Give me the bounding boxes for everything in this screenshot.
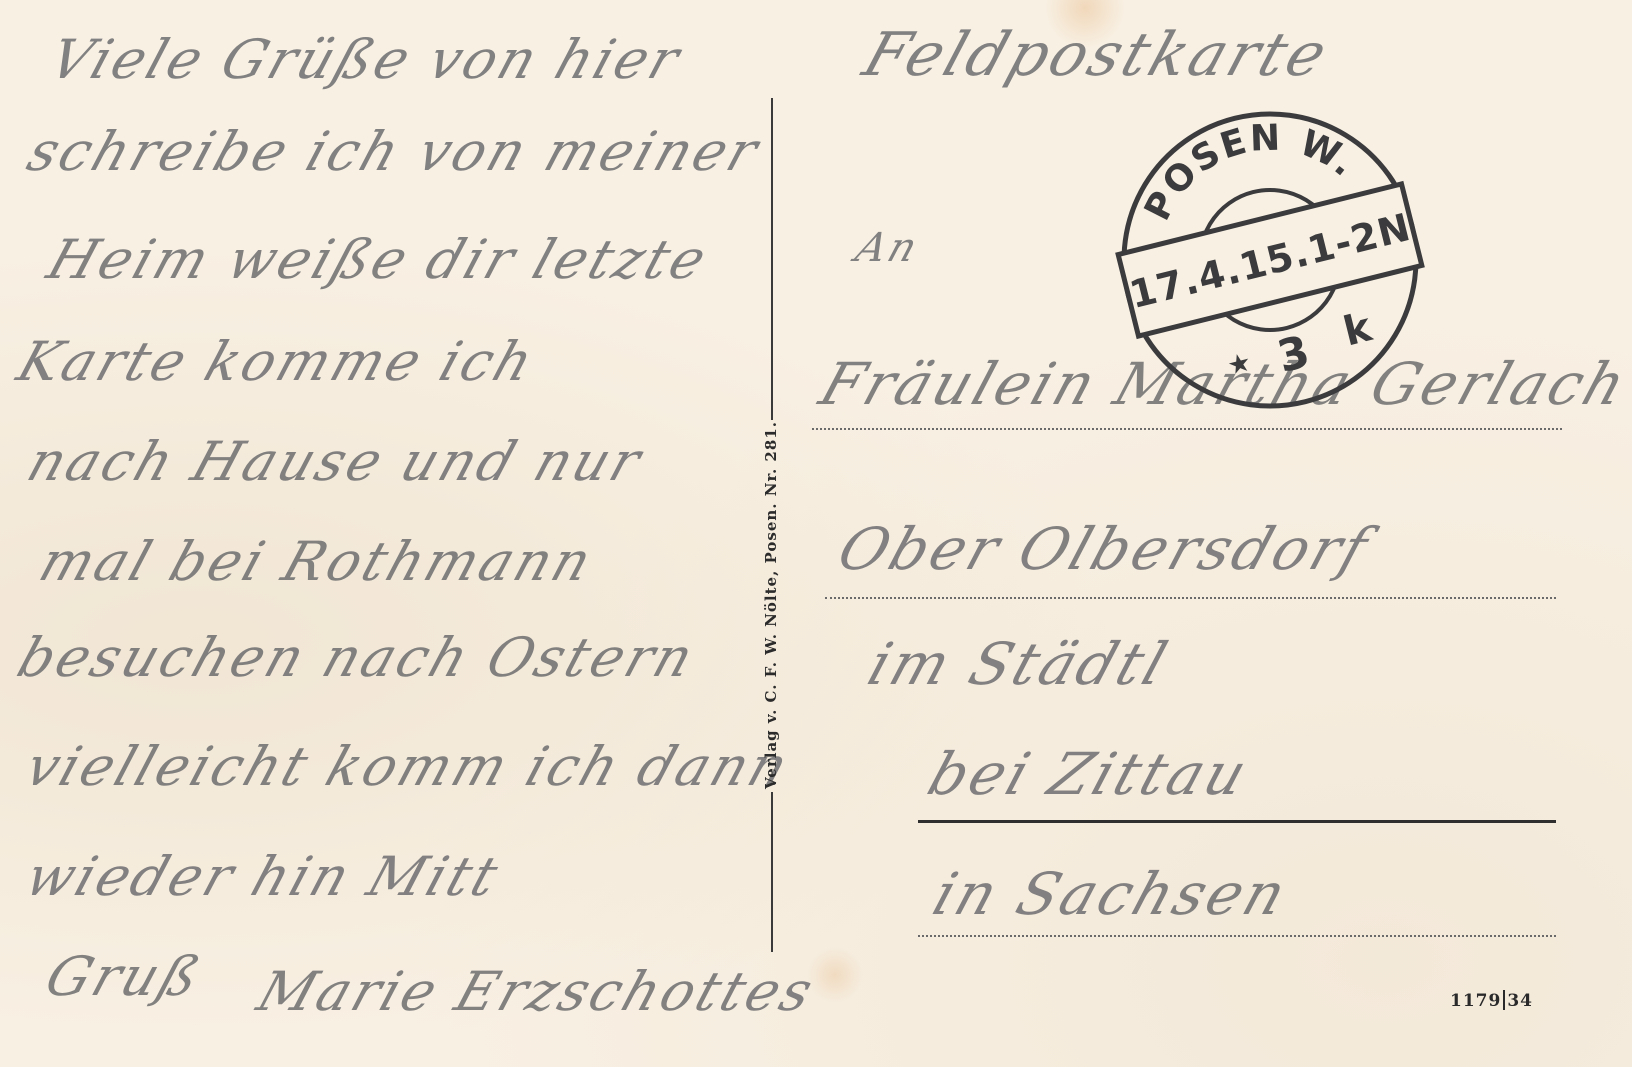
address-rule-1 bbox=[812, 428, 1562, 430]
publisher-imprint: Verlag v. C. F. W. Nölte, Posen. Nr. 281… bbox=[762, 421, 780, 789]
message-line: besuchen nach Ostern bbox=[10, 626, 704, 689]
message-line: schreibe ich von meiner bbox=[20, 120, 768, 183]
series-number: 117934 bbox=[1450, 990, 1533, 1011]
address-locality: bei Zittau bbox=[920, 740, 1258, 808]
postcard-back: Viele Grüße von hier schreibe ich von me… bbox=[0, 0, 1632, 1067]
divider-line-top bbox=[771, 98, 773, 420]
message-line: Gruß bbox=[38, 945, 210, 1008]
address-town: Ober Olbersdorf bbox=[830, 515, 1379, 583]
address-rule-3 bbox=[918, 820, 1556, 823]
message-line: Viele Grüße von hier bbox=[42, 28, 690, 91]
series-number-left: 1179 bbox=[1450, 991, 1501, 1011]
divider-line-bottom bbox=[771, 792, 773, 952]
card-type-header: Feldpostkarte bbox=[855, 20, 1338, 90]
message-line: nach Hause und nur bbox=[20, 430, 651, 493]
address-street: im Städtl bbox=[860, 630, 1178, 698]
message-line: mal bei Rothmann bbox=[32, 530, 602, 593]
postmark-office-number: 3 bbox=[1273, 326, 1315, 383]
address-salutation: An bbox=[850, 225, 926, 271]
postmark-star-icon: ★ bbox=[1224, 347, 1254, 382]
address-rule-4 bbox=[918, 935, 1556, 937]
message-line: Karte komme ich bbox=[10, 330, 544, 393]
postmark-suffix: k bbox=[1339, 304, 1377, 355]
message-line: vielleicht komm ich dann bbox=[18, 735, 798, 798]
message-line: Heim weiße dir letzte bbox=[40, 228, 717, 291]
series-number-right: 34 bbox=[1507, 991, 1533, 1011]
message-line: wieder hin Mitt bbox=[18, 845, 508, 908]
address-rule-2 bbox=[825, 597, 1556, 599]
signature: Marie Erzschottes bbox=[250, 960, 823, 1023]
series-separator bbox=[1503, 990, 1505, 1010]
address-region: in Sachsen bbox=[925, 860, 1297, 928]
postmark-stamp: POSEN W. 17.4.15.1-2N ★ 3 k bbox=[1110, 100, 1430, 420]
